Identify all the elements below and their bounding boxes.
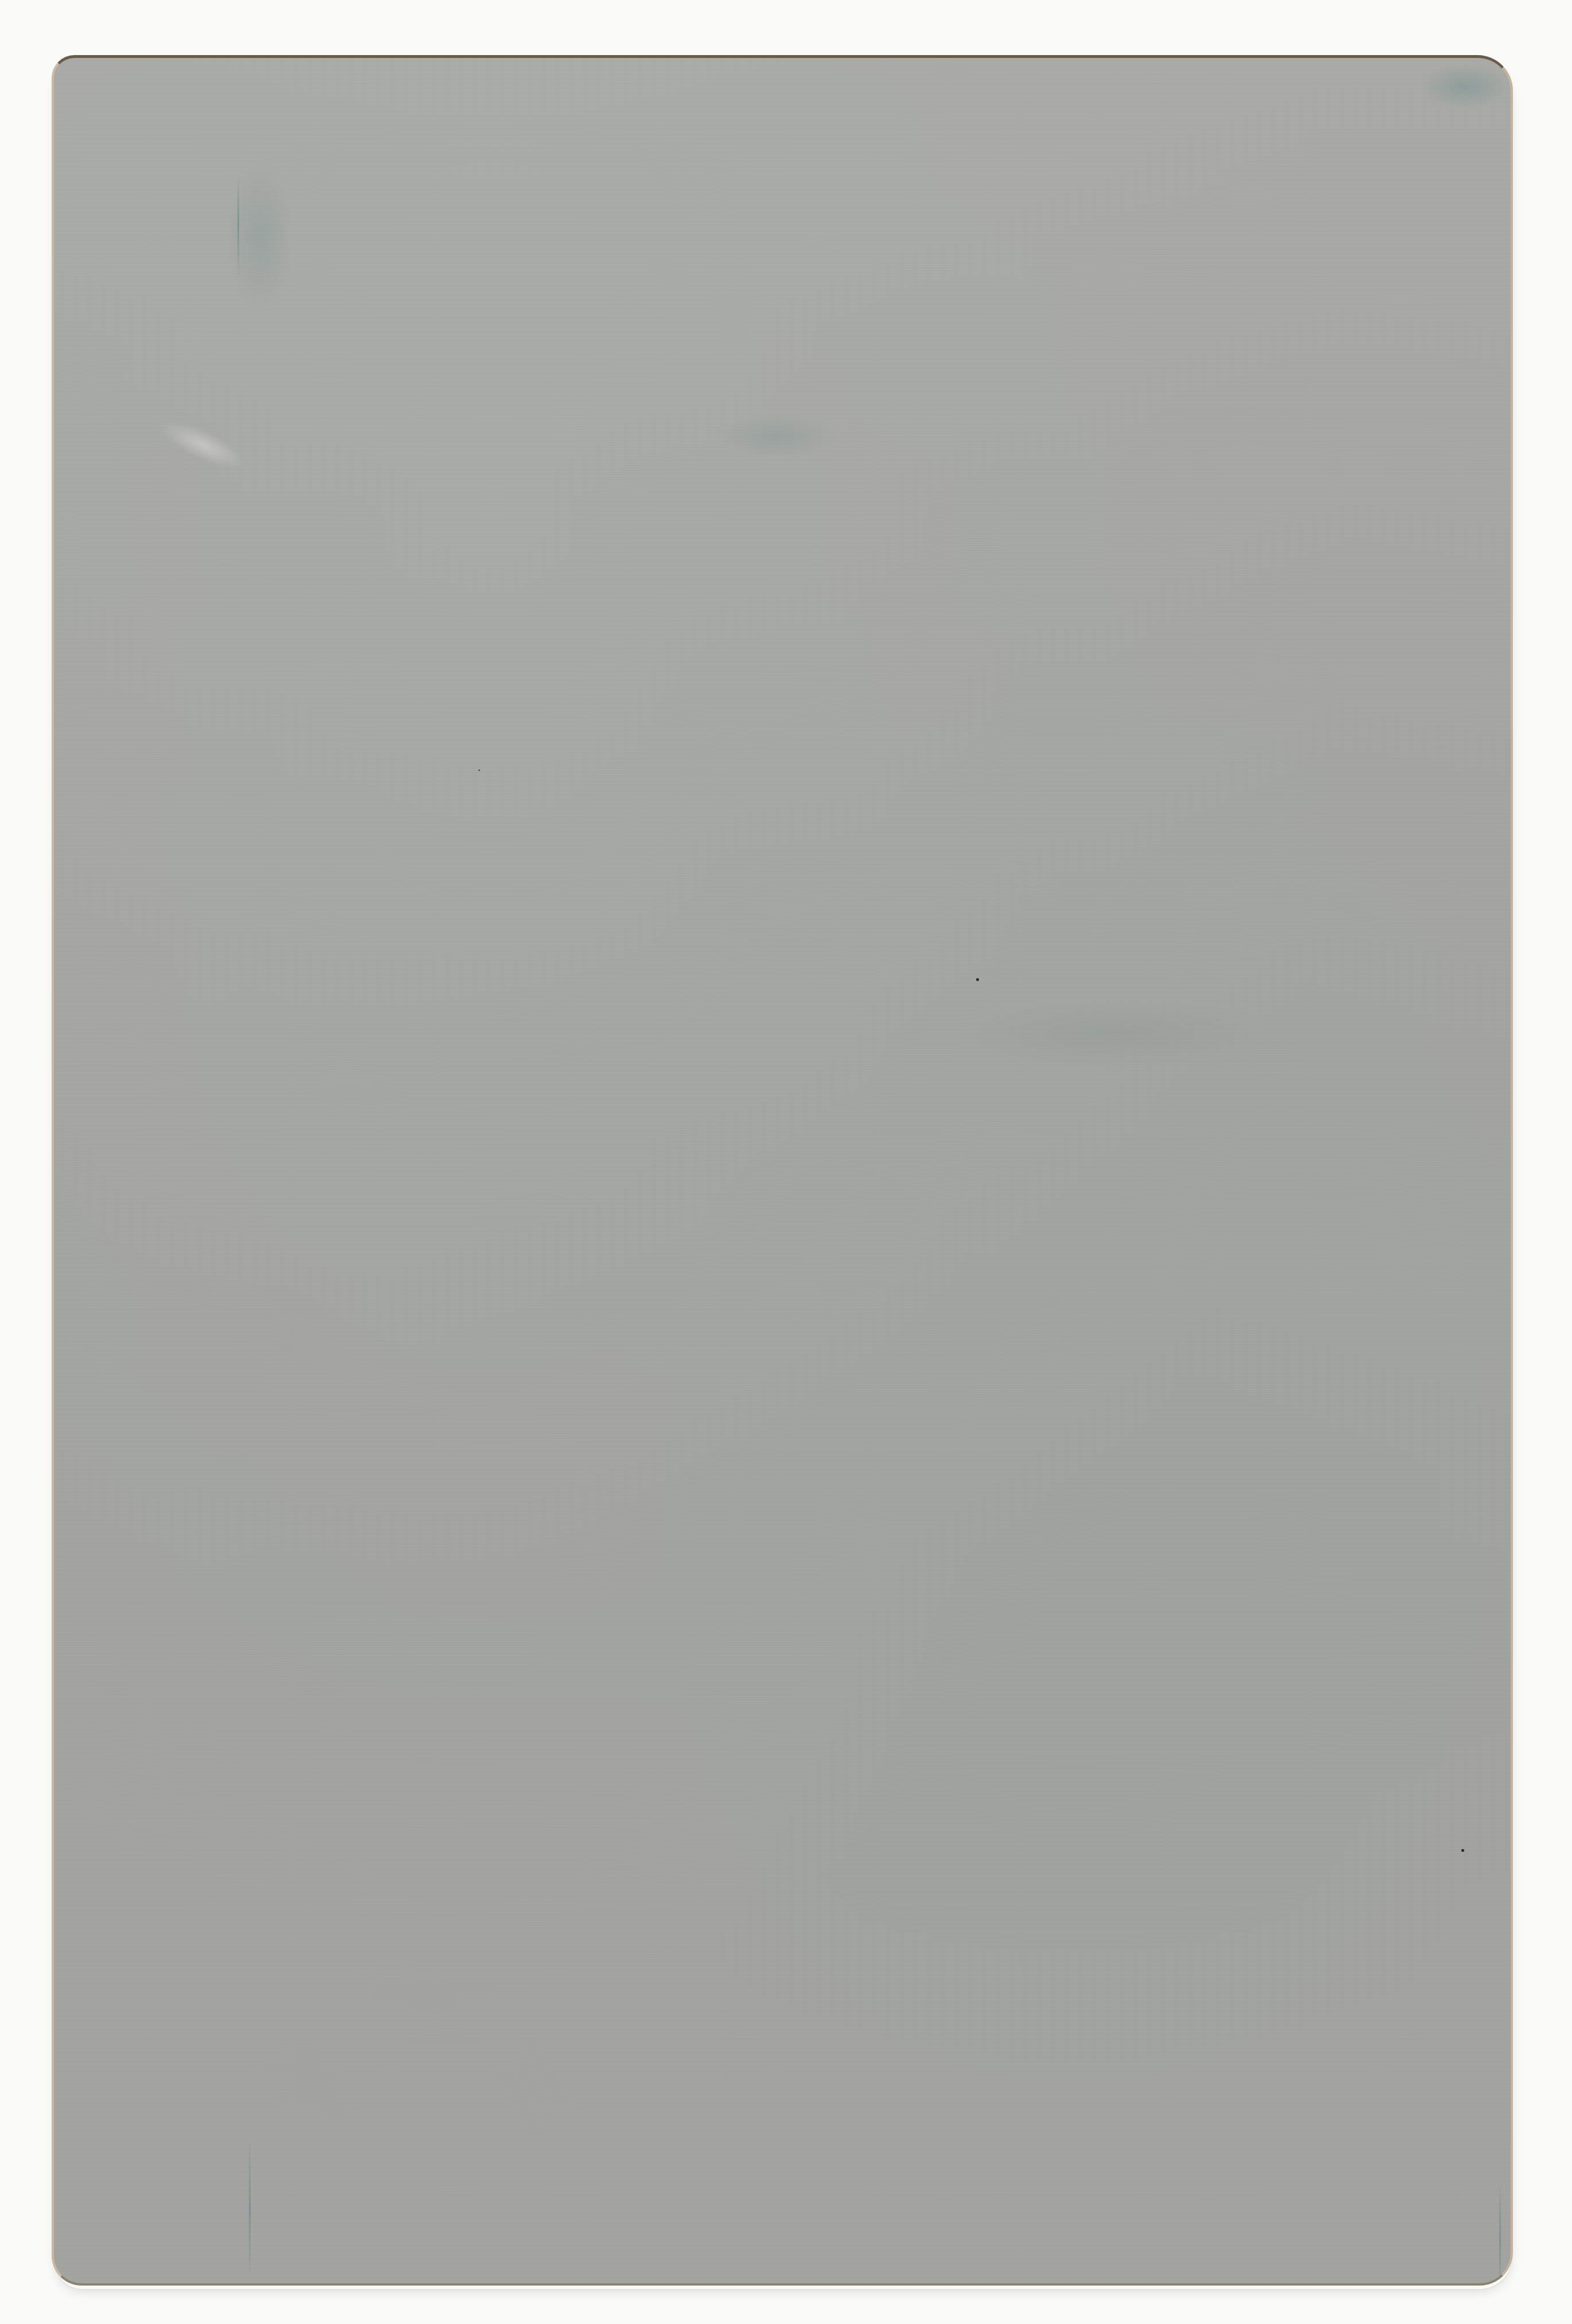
dust-speck	[976, 978, 979, 981]
ink-transfer-stain	[226, 161, 295, 310]
scan-background: Blank reverse of a cabinet card photogra…	[0, 0, 1572, 2324]
faint-offset-text-stain	[943, 999, 1287, 1068]
ink-transfer-stain	[713, 414, 840, 460]
corner-ink-stain	[1419, 64, 1511, 110]
dust-speck	[478, 769, 480, 771]
ink-streak	[237, 173, 239, 276]
surface-scuff	[155, 413, 251, 478]
paper-texture	[54, 58, 1511, 2283]
ink-streak	[1499, 2181, 1501, 2286]
cabinet-card-back	[52, 55, 1513, 2286]
ink-streak	[249, 2135, 251, 2284]
dust-speck	[1461, 1849, 1464, 1852]
